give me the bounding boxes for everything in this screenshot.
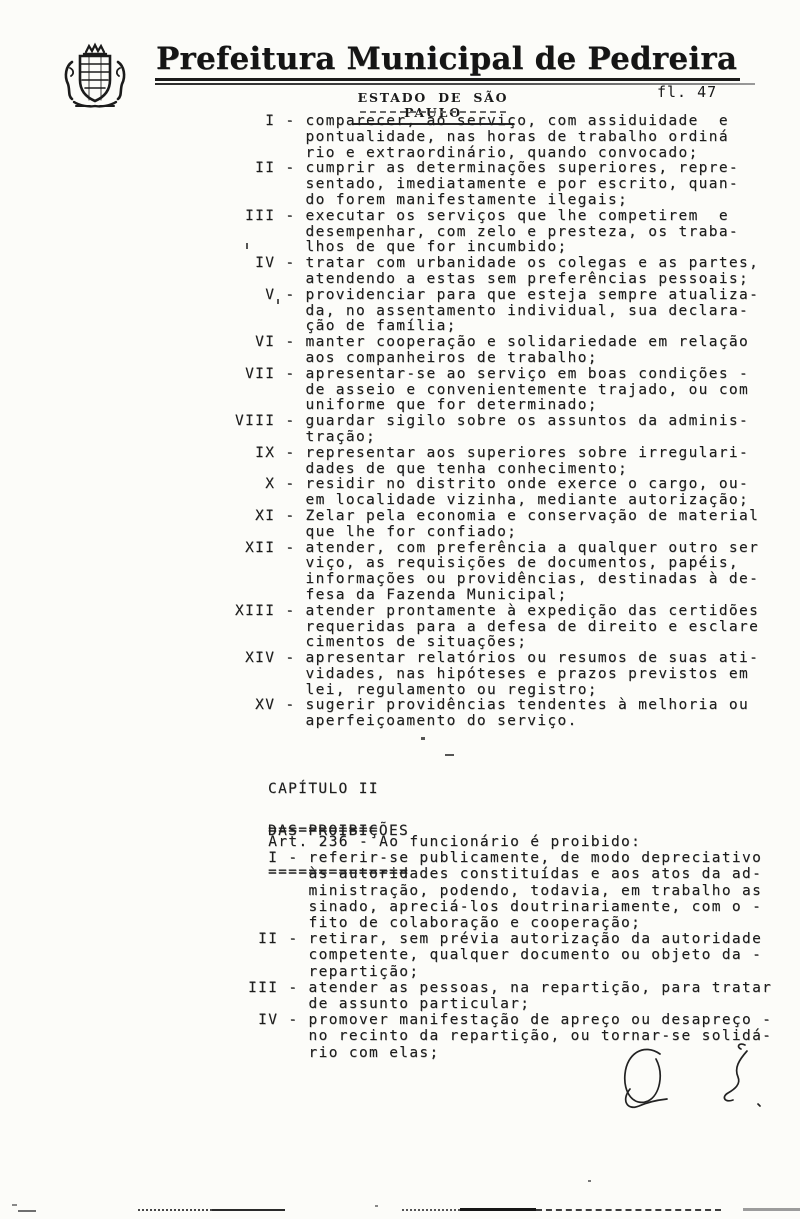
text-line: II - cumprir as determinações superiores… bbox=[235, 161, 759, 177]
scan-edge-line bbox=[743, 1208, 800, 1211]
duties-list: I - comparecer, ao serviço, com assiduid… bbox=[235, 114, 759, 730]
scan-speck bbox=[277, 299, 279, 304]
text-line: XI - Zelar pela economia e conservação d… bbox=[235, 509, 759, 525]
scanned-document: { "header": { "title": "Prefeitura Munic… bbox=[0, 0, 800, 1219]
text-line: V - providenciar para que esteja sempre … bbox=[235, 288, 759, 304]
text-line: ministração, podendo, todavia, em trabal… bbox=[238, 883, 772, 899]
handwritten-signature bbox=[560, 1030, 780, 1120]
scan-speck bbox=[421, 737, 425, 740]
text-line: Art. 236 - Ao funcionário é proibido: bbox=[238, 834, 772, 850]
text-line: cimentos de situações; bbox=[235, 635, 759, 651]
coat-of-arms-icon bbox=[56, 42, 134, 110]
scan-edge-line bbox=[536, 1209, 721, 1211]
text-line: X - residir no distrito onde exerce o ca… bbox=[235, 477, 759, 493]
text-line: competente, qualquer documento ou objeto… bbox=[238, 947, 772, 963]
text-line: I - referir-se publicamente, de modo dep… bbox=[238, 850, 772, 866]
text-line: aos companheiros de trabalho; bbox=[235, 351, 759, 367]
text-line: informações ou providências, destinadas … bbox=[235, 572, 759, 588]
scan-speck bbox=[445, 754, 454, 756]
text-line: III - atender as pessoas, na repartição,… bbox=[238, 980, 772, 996]
text-line: viço, as requisições de documentos, papé… bbox=[235, 556, 759, 572]
text-line: de assunto particular; bbox=[238, 996, 772, 1012]
scan-speck bbox=[588, 1180, 591, 1182]
text-line: VII - apresentar-se ao serviço em boas c… bbox=[235, 367, 759, 383]
text-line: XIV - apresentar relatórios ou resumos d… bbox=[235, 651, 759, 667]
text-line: dades de que tenha conhecimento; bbox=[235, 462, 759, 478]
text-line: tração; bbox=[235, 430, 759, 446]
text-line: VI - manter cooperação e solidariedade e… bbox=[235, 335, 759, 351]
text-line: IX - representar aos superiores sobre ir… bbox=[235, 446, 759, 462]
text-line: pontualidade, nas horas de trabalho ordi… bbox=[235, 130, 759, 146]
text-line: fito de colaboração e cooperação; bbox=[238, 915, 772, 931]
text-line: IV - promover manifestação de apreço ou … bbox=[238, 1012, 772, 1028]
text-line: II - retirar, sem prévia autorização da … bbox=[238, 931, 772, 947]
text-line: às autoridades constituídas e aos atos d… bbox=[238, 866, 772, 882]
text-line: IV - tratar com urbanidade os colegas e … bbox=[235, 256, 759, 272]
text-line: XIII - atender prontamente à expedição d… bbox=[235, 604, 759, 620]
scan-edge-line bbox=[18, 1210, 36, 1212]
text-line: sinado, apreciá-los doutrinariamente, co… bbox=[238, 899, 772, 915]
text-line: XII - atender, com preferência a qualque… bbox=[235, 541, 759, 557]
text-line: rio e extraordinário, quando convocado; bbox=[235, 146, 759, 162]
text-line: VIII - guardar sigilo sobre os assuntos … bbox=[235, 414, 759, 430]
text-line: que lhe for confiado; bbox=[235, 525, 759, 541]
text-line: vidades, nas hipóteses e prazos previsto… bbox=[235, 667, 759, 683]
prohibitions-list: Art. 236 - Ao funcionário é proibido: I … bbox=[238, 834, 772, 1061]
text-line: III - executar os serviços que lhe compe… bbox=[235, 209, 759, 225]
scan-speck bbox=[246, 243, 248, 249]
text-line: uniforme que for determinado; bbox=[235, 398, 759, 414]
text-line: repartição; bbox=[238, 964, 772, 980]
text-line: lhos de que for incumbido; bbox=[235, 240, 759, 256]
text-line: do forem manifestamente ilegais; bbox=[235, 193, 759, 209]
letterhead-rule-top bbox=[155, 78, 740, 81]
scan-speck bbox=[375, 1205, 378, 1207]
letterhead-title: Prefeitura Municipal de Pedreira bbox=[156, 41, 737, 77]
text-line: desempenhar, com zelo e presteza, os tra… bbox=[235, 225, 759, 241]
scan-edge-line bbox=[212, 1209, 285, 1211]
scan-speck bbox=[12, 1204, 17, 1206]
scan-edge-line bbox=[138, 1209, 212, 1211]
text-line: lei, regulamento ou registro; bbox=[235, 683, 759, 699]
chapter-title: CAPÍTULO II bbox=[268, 783, 379, 797]
text-line: XV - sugerir providências tendentes à me… bbox=[235, 698, 759, 714]
text-line: I - comparecer, ao serviço, com assiduid… bbox=[235, 114, 759, 130]
text-line: de asseio e convenientemente trajado, ou… bbox=[235, 383, 759, 399]
text-line: ção de família; bbox=[235, 319, 759, 335]
folio-number: fl. 47 bbox=[657, 83, 717, 101]
text-line: requeridas para a defesa de direito e es… bbox=[235, 620, 759, 636]
text-line: atendendo a estas sem preferências pesso… bbox=[235, 272, 759, 288]
text-line: sentado, imediatamente e por escrito, qu… bbox=[235, 177, 759, 193]
text-line: da, no assentamento individual, sua decl… bbox=[235, 304, 759, 320]
text-line: fesa da Fazenda Municipal; bbox=[235, 588, 759, 604]
text-line: aperfeiçoamento do serviço. bbox=[235, 714, 759, 730]
scan-edge-line bbox=[402, 1209, 460, 1211]
scan-edge-line bbox=[460, 1208, 536, 1211]
text-line: em localidade vizinha, mediante autoriza… bbox=[235, 493, 759, 509]
